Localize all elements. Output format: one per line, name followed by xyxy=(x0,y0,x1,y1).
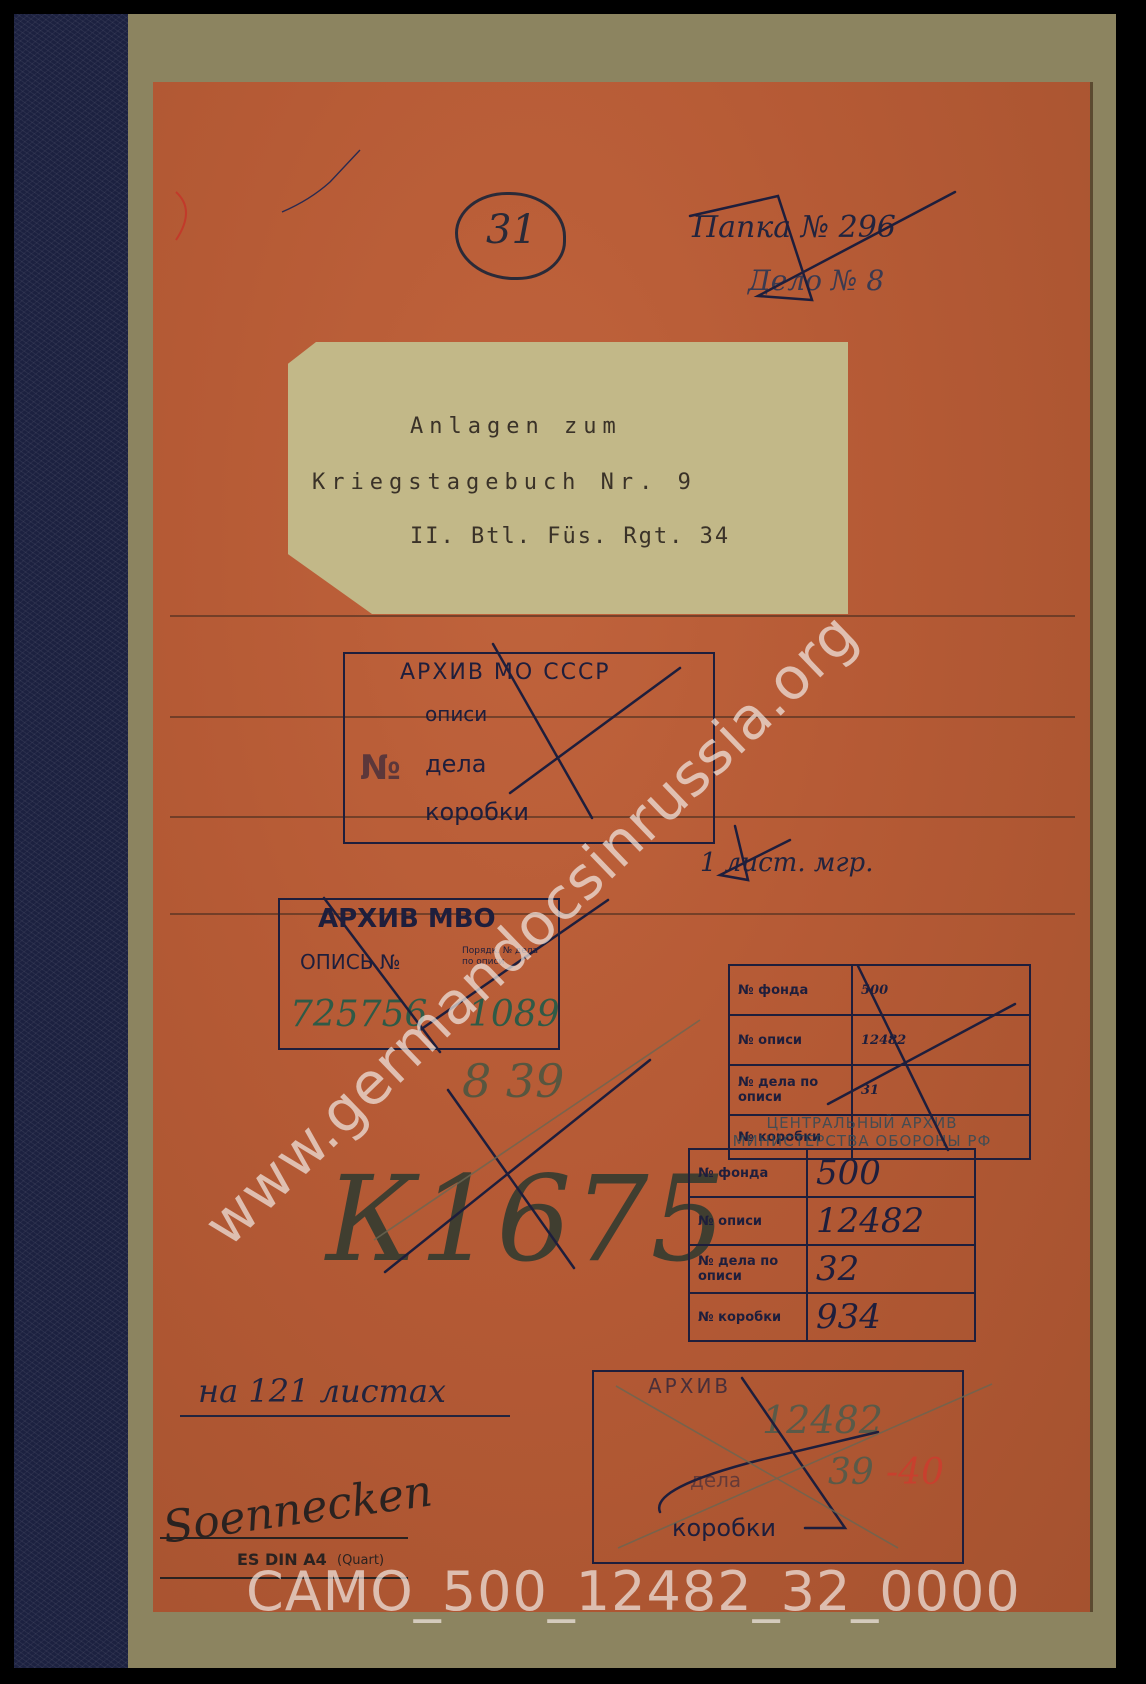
watermark-file-id: CAMO_500_12482_32_0000 xyxy=(246,1560,1021,1623)
